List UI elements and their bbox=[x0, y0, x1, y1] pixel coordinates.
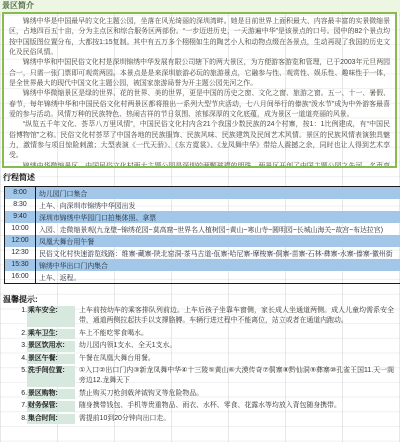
tip-number: 8. bbox=[0, 414, 27, 424]
schedule-activity: 凤凰大舞台用午餐 bbox=[36, 236, 400, 246]
schedule-row: 12:30 民俗文化村快速游览线路：维寨-藏寨-陕北窑洞-茶马古道-佤寨-哈尼寨… bbox=[5, 247, 400, 259]
intro-text-box: 锦绣中华是中国最早的文化主题公园，坐落在风光绮丽的深圳湾畔。她是目前世界上面积最… bbox=[2, 12, 397, 168]
tip-text: 随身携带钱包、手机等贵重物品、雨衣、水杯、零食、花露水等均放入背包随身携带。 bbox=[75, 401, 400, 411]
schedule-row: 15:30 锦绣中华出口门内集合 bbox=[5, 259, 400, 271]
intro-paragraph: 锦绣中华和中国民俗文化村是深圳锦绣中华发展有限公司辖下的两大景区，为方便游客游览… bbox=[9, 58, 390, 89]
tip-number: 7. bbox=[0, 401, 27, 411]
intro-paragraph: 锦绣中华微缩景区是绿的世界、花的世界、美的世界，更是中国的历史之窗、文化之窗、旅… bbox=[9, 89, 390, 120]
tips-list: 1. 乘车安全: 上车前按幼车的乘客排队列前边。上车后孩子坐靠车窗侧，家长成人坐… bbox=[0, 306, 400, 426]
tip-row: 8. 集合时间: 需提前10到20分钟向出口走。 bbox=[0, 414, 400, 424]
schedule-activity: 幼儿园门口集合 bbox=[36, 188, 400, 198]
tip-number: 5. bbox=[0, 366, 27, 387]
tip-label: 财务保管: bbox=[27, 401, 75, 411]
tip-row: 4. 景区午餐: 午餐在凤凰大舞台用餐。 bbox=[0, 354, 400, 364]
schedule-time: 16:00 bbox=[5, 271, 36, 283]
tip-number: 1. bbox=[0, 306, 27, 327]
schedule-time: 12:30 bbox=[5, 247, 36, 259]
schedule-activity: 民俗文化村快速游览线路：维寨-藏寨-陕北窑洞-茶马古道-佤寨-哈尼寨-摩梭寨-侗… bbox=[36, 248, 400, 258]
tip-row: 2. 乘车卫生: 车上不能吃零食喝水。 bbox=[0, 329, 400, 339]
tip-label: 洗手间位置: bbox=[27, 366, 75, 387]
tip-row: 3. 景区饮用水: 幼儿园内领1支水、全天1支水。 bbox=[0, 341, 400, 351]
schedule-row: 9:40 深圳市锦绣中华园门口拍集体照、拿票 bbox=[5, 211, 400, 223]
tip-label: 景区饮用水: bbox=[27, 341, 75, 351]
tip-text: 午餐在凤凰大舞台用餐。 bbox=[75, 354, 400, 364]
schedule-row: 16:00 上车、返程。 bbox=[5, 271, 400, 283]
tip-number: 2. bbox=[0, 329, 27, 339]
tip-row: 7. 财务保管: 随身携带钱包、手机等贵重物品、雨衣、水杯、零食、花露水等均放入… bbox=[0, 401, 400, 411]
schedule-row: 12:00 凤凰大舞台用午餐 bbox=[5, 235, 400, 247]
tip-number: 6. bbox=[0, 389, 27, 399]
intro-section-title: 景区简介 bbox=[0, 0, 400, 12]
tip-row: 5. 洗手间位置: ①入口②出口门内③新龙凤舞中华④十三陵⑤黄山⑥大漠传奇⑦侗寨… bbox=[0, 366, 400, 387]
tip-label: 乘车安全: bbox=[27, 306, 75, 327]
tip-label: 集合时间: bbox=[27, 414, 75, 424]
intro-paragraph: 锦绣中华是中国最早的文化主题公园，坐落在风光绮丽的深圳湾畔。她是目前世界上面积最… bbox=[9, 17, 390, 58]
intro-paragraph: 锦绣中华微缩景区、中国民俗文化村两大主题公园是深圳的两颗璀璨的明珠。两景区开创了… bbox=[9, 162, 390, 168]
tip-number: 3. bbox=[0, 341, 27, 351]
schedule-time: 9:40 bbox=[5, 211, 36, 223]
tip-label: 景区购物: bbox=[27, 389, 75, 399]
schedule-row: 8:30 上车、向深圳市锦绣中华园出发 bbox=[5, 199, 400, 211]
schedule-time: 12:00 bbox=[5, 235, 36, 247]
itinerary-section-title: 行程简述 bbox=[3, 172, 35, 183]
tip-text: 车上不能吃零食喝水。 bbox=[75, 329, 400, 339]
tip-text: 需提前10到20分钟向出口走。 bbox=[75, 414, 400, 424]
schedule-time: 10:00 bbox=[5, 223, 36, 235]
intro-paragraph: “纵览五千年文化、荟萃八万里风情”，中国民俗文化村内含21个我国少数民族的24个… bbox=[9, 120, 390, 161]
schedule-time: 8:00 bbox=[5, 187, 36, 199]
schedule-row: 8:00 幼儿园门口集合 bbox=[5, 187, 400, 199]
tip-label: 景区午餐: bbox=[27, 354, 75, 364]
tip-text: ①入口②出口门内③新龙凤舞中华④十三陵⑤黄山⑥大漠传奇⑦侗寨⑧黔仙洞⑨彝寨⑩孔雀… bbox=[75, 366, 400, 387]
tip-label: 乘车卫生: bbox=[27, 329, 75, 339]
tip-text: 上车前按幼车的乘客排队列前边。上车后孩子坐靠车窗侧，家长成人坐通道两侧。成人儿童… bbox=[75, 306, 400, 327]
tip-number: 4. bbox=[0, 354, 27, 364]
tips-section-title: 温馨提示: bbox=[3, 294, 38, 305]
tip-row: 6. 景区购物: 禁止购买刀枪剑戟斧钺钩叉等危险物品。 bbox=[0, 389, 400, 399]
schedule-row: 10:00 入园、走微缩景观(九龙壁~锦绣花园~莫高窟~世界名人植树园~黄山~寒… bbox=[5, 223, 400, 235]
tip-row: 1. 乘车安全: 上车前按幼车的乘客排队列前边。上车后孩子坐靠车窗侧，家长成人坐… bbox=[0, 306, 400, 327]
schedule-activity: 上车、返程。 bbox=[36, 272, 400, 282]
schedule-activity: 入园、走微缩景观(九龙壁~锦绣花园~莫高窟~世界名人植树园~黄山~寒山寺~圆明园… bbox=[36, 224, 400, 234]
schedule-time: 8:30 bbox=[5, 199, 36, 211]
schedule-time: 15:30 bbox=[5, 259, 36, 271]
schedule-activity: 深圳市锦绣中华园门口拍集体照、拿票 bbox=[36, 212, 400, 222]
tip-text: 禁止购买刀枪剑戟斧钺钩叉等危险物品。 bbox=[75, 389, 400, 399]
itinerary-table: 8:00 幼儿园门口集合 8:30 上车、向深圳市锦绣中华园出发 9:40 深圳… bbox=[4, 186, 400, 284]
schedule-activity: 上车、向深圳市锦绣中华园出发 bbox=[36, 200, 400, 210]
schedule-activity: 锦绣中华出口门内集合 bbox=[36, 260, 400, 270]
tip-text: 幼儿园内领1支水、全天1支水。 bbox=[75, 341, 400, 351]
